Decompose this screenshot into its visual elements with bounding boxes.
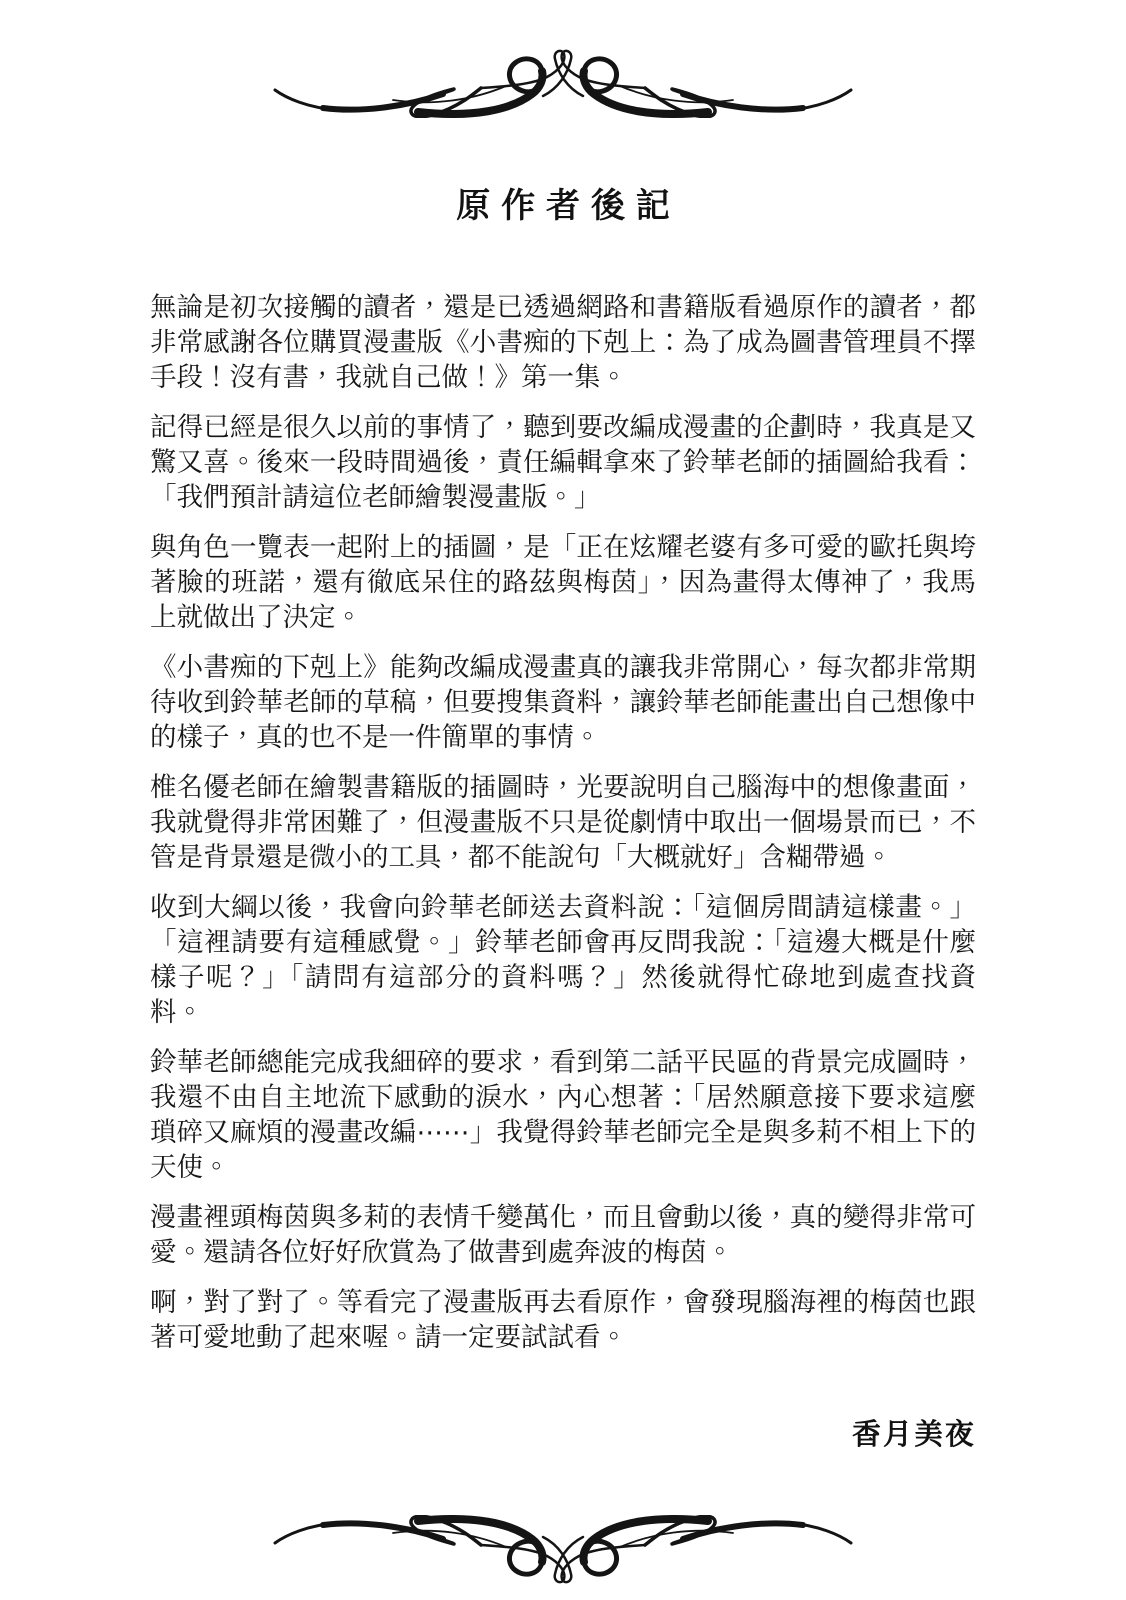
afterword-body: 無論是初次接觸的讀者，還是已透過網路和書籍版看過原作的讀者，都非常感謝各位購買漫… xyxy=(150,290,976,1355)
paragraph: 椎名優老師在繪製書籍版的插圖時，光要說明自己腦海中的想像畫面，我就覺得非常困難了… xyxy=(150,770,976,875)
paragraph: 《小書痴的下剋上》能夠改編成漫畫真的讓我非常開心，每次都非常期待收到鈴華老師的草… xyxy=(150,650,976,755)
paragraph: 鈴華老師總能完成我細碎的要求，看到第二話平民區的背景完成圖時，我還不由自主地流下… xyxy=(150,1045,976,1185)
paragraph: 無論是初次接觸的讀者，還是已透過網路和書籍版看過原作的讀者，都非常感謝各位購買漫… xyxy=(150,290,976,395)
paragraph: 與角色一覽表一起附上的插圖，是「正在炫耀老婆有多可愛的歐托與垮著臉的班諾，還有徹… xyxy=(150,530,976,635)
paragraph: 啊，對了對了。等看完了漫畫版再去看原作，會發現腦海裡的梅茵也跟著可愛地動了起來喔… xyxy=(150,1285,976,1355)
paragraph: 漫畫裡頭梅茵與多莉的表情千變萬化，而且會動以後，真的變得非常可愛。還請各位好好欣… xyxy=(150,1200,976,1270)
paragraph: 記得已經是很久以前的事情了，聽到要改編成漫畫的企劃時，我真是又驚又喜。後來一段時… xyxy=(150,410,976,515)
paragraph: 收到大綱以後，我會向鈴華老師送去資料說：「這個房間請這樣畫。」「這裡請要有這種感… xyxy=(150,890,976,1030)
flourish-divider-flipped-icon xyxy=(268,1515,858,1585)
afterword-page: 原作者後記 無論是初次接觸的讀者，還是已透過網路和書籍版看過原作的讀者，都非常感… xyxy=(0,0,1126,1600)
page-title: 原作者後記 xyxy=(0,188,1126,224)
author-signature: 香月美夜 xyxy=(150,1419,976,1451)
flourish-divider-icon xyxy=(268,48,858,118)
